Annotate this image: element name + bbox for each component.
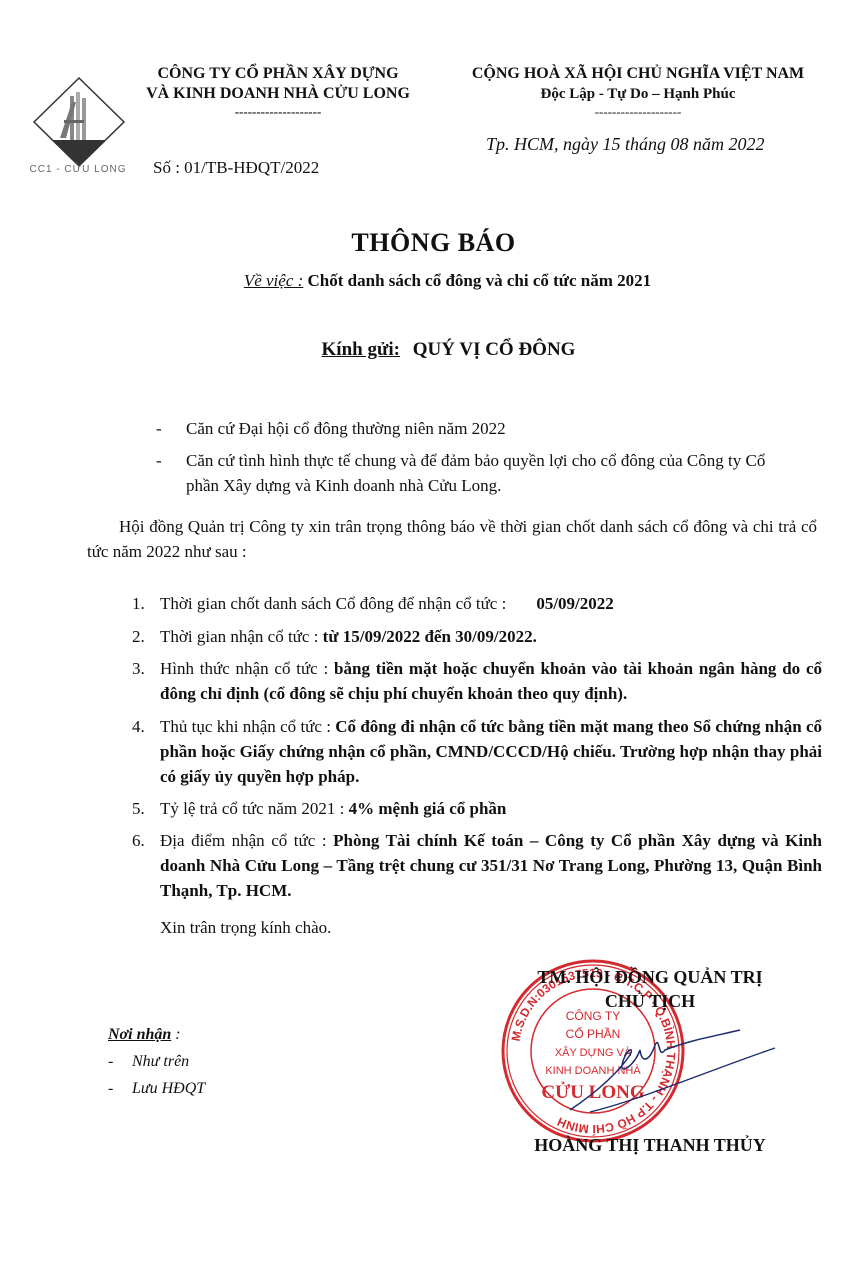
basis-item: - Căn cứ tình hình thực tế chung và để đ… <box>156 448 796 498</box>
recipient-item: -Lưu HĐQT <box>108 1075 205 1102</box>
subject-text: Chốt danh sách cổ đông và chi cổ tức năm… <box>308 271 652 290</box>
national-header: CỘNG HOÀ XÃ HỘI CHỦ NGHĨA VIỆT NAM Độc L… <box>448 64 828 120</box>
notice-item: 3. Hình thức nhận cổ tức : bằng tiền mặt… <box>132 656 822 706</box>
subject-label: Về việc : <box>244 271 303 290</box>
notice-item: 2. Thời gian nhận cổ tức : từ 15/09/2022… <box>132 624 822 649</box>
company-name-line2: VÀ KINH DOANH NHÀ CỬU LONG <box>128 84 428 104</box>
company-name: CÔNG TY CỔ PHẦN XÂY DỰNG VÀ KINH DOANH N… <box>128 64 428 120</box>
notice-item: 5. Tỷ lệ trả cổ tức năm 2021 : 4% mệnh g… <box>132 796 822 821</box>
recipients-label: Nơi nhận <box>108 1026 171 1043</box>
republic-name: CỘNG HOÀ XÃ HỘI CHỦ NGHĨA VIỆT NAM <box>448 64 828 84</box>
date-line: Tp. HCM, ngày 15 tháng 08 năm 2022 <box>486 134 765 155</box>
logo-caption: CC1 - CỬU LONG <box>28 164 128 175</box>
notice-item: 1. Thời gian chốt danh sách Cổ đông để n… <box>132 591 822 616</box>
national-separator: -------------------- <box>448 104 828 120</box>
company-name-line1: CÔNG TY CỔ PHẦN XÂY DỰNG <box>128 64 428 84</box>
board-label: TM. HỘI ĐỒNG QUẢN TRỊ <box>490 965 810 989</box>
document-subject: Về việc : Chốt danh sách cổ đông và chi … <box>0 271 867 291</box>
building-logo-icon <box>30 74 128 169</box>
recipient-label: Kính gửi: <box>322 339 400 360</box>
recipient-item: -Như trên <box>108 1048 205 1075</box>
basis-item: - Căn cứ Đại hội cổ đông thường niên năm… <box>156 416 796 441</box>
document-title: THÔNG BÁO <box>0 228 867 258</box>
handwritten-signature <box>560 1010 780 1120</box>
recipient-line: Kính gửi: QUÝ VỊ CỔ ĐÔNG <box>0 339 867 361</box>
company-separator: -------------------- <box>128 104 428 120</box>
notice-item: 4. Thủ tục khi nhận cổ tức : Cổ đông đi … <box>132 714 822 789</box>
recipients-block: Nơi nhận : -Như trên -Lưu HĐQT <box>108 1021 205 1102</box>
intro-paragraph: Hội đồng Quản trị Công ty xin trân trọng… <box>87 514 817 564</box>
document-number: Số : 01/TB-HĐQT/2022 <box>153 158 319 178</box>
signature-title: TM. HỘI ĐỒNG QUẢN TRỊ CHỦ TỊCH <box>490 965 810 1013</box>
closing-line: Xin trân trọng kính chào. <box>160 915 331 940</box>
notice-item: 6. Địa điểm nhận cổ tức : Phòng Tài chín… <box>132 828 822 903</box>
national-motto: Độc Lập - Tự Do – Hạnh Phúc <box>448 84 828 104</box>
signer-name: HOÀNG THỊ THANH THỦY <box>490 1135 810 1156</box>
recipient-text: QUÝ VỊ CỔ ĐÔNG <box>413 339 576 360</box>
